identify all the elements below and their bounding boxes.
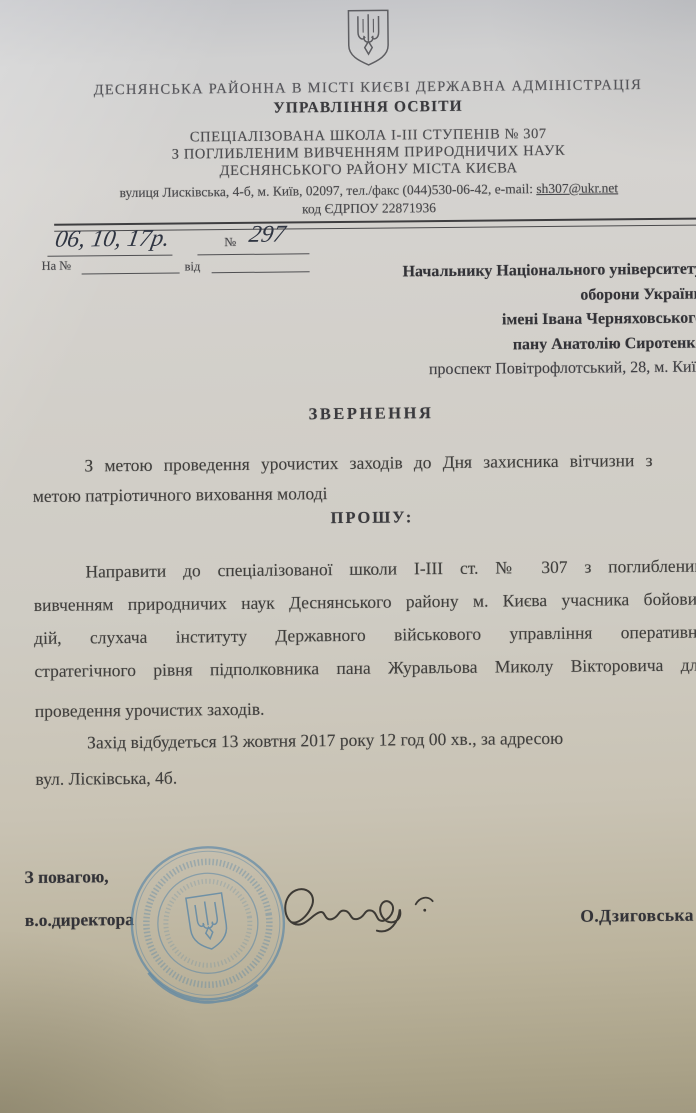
ref-na-no-label: На № bbox=[41, 259, 71, 274]
event-line: вул. Лісківська, 4б. bbox=[35, 754, 696, 796]
official-round-stamp bbox=[127, 843, 289, 1005]
email-text: sh307@ukr.net bbox=[536, 180, 618, 196]
signer-name: О.Дзиговська bbox=[580, 905, 694, 927]
ref-vid-underline bbox=[212, 270, 310, 273]
recipient-line: імені Івана Черняховського bbox=[298, 307, 696, 335]
ref-date-handwritten: 06, 10, 17р. bbox=[53, 226, 171, 254]
letter-page: ДЕСНЯНСЬКА РАЙОННА В МІСТІ КИЄВІ ДЕРЖАВН… bbox=[0, 0, 696, 1113]
intro-line: З метою проведення урочистих заходів до … bbox=[84, 445, 652, 480]
scanned-letter-photo: { "doc": { "header": { "line1": "ДЕСНЯНС… bbox=[0, 0, 696, 1113]
ref-number-underline bbox=[197, 252, 309, 255]
ukraine-trident-emblem-icon bbox=[341, 7, 396, 68]
intro-paragraph: З метою проведення урочистих заходів до … bbox=[32, 444, 696, 510]
request-paragraph: Направити до спеціалізованої школи І-ІІІ… bbox=[33, 549, 696, 727]
letter-title: ЗВЕРНЕННЯ bbox=[0, 400, 696, 427]
recipient-line: пану Анатолію Сиротенко bbox=[298, 331, 696, 359]
recipient-address: проспект Повітрофлотський, 28, м. Київ bbox=[298, 356, 696, 384]
event-line: Захід відбудеться 13 жовтня 2017 року 12… bbox=[87, 718, 696, 760]
request-line: стратегічного рівня підполковника пана Ж… bbox=[34, 648, 696, 687]
ref-na-no-underline bbox=[82, 272, 180, 275]
recipient-line: Начальнику Національного університету bbox=[298, 258, 696, 286]
ref-number-handwritten: 297 bbox=[247, 221, 287, 248]
event-details-paragraph: Захід відбудеться 13 жовтня 2017 року 12… bbox=[35, 718, 696, 796]
ref-vid-label: від bbox=[184, 259, 200, 274]
handwritten-signature bbox=[275, 877, 448, 947]
street-phone-text: вулиця Лисківська, 4-б, м. Київ, 02097, … bbox=[119, 181, 536, 200]
ref-number-sign: № bbox=[224, 235, 236, 250]
signer-role: в.о.директора bbox=[25, 909, 134, 931]
recipient-line: оборони України bbox=[298, 282, 696, 310]
ref-date-underline bbox=[47, 254, 172, 257]
recipient-block: Начальнику Національного університету об… bbox=[298, 258, 696, 384]
closing-phrase: З повагою, bbox=[24, 866, 108, 888]
